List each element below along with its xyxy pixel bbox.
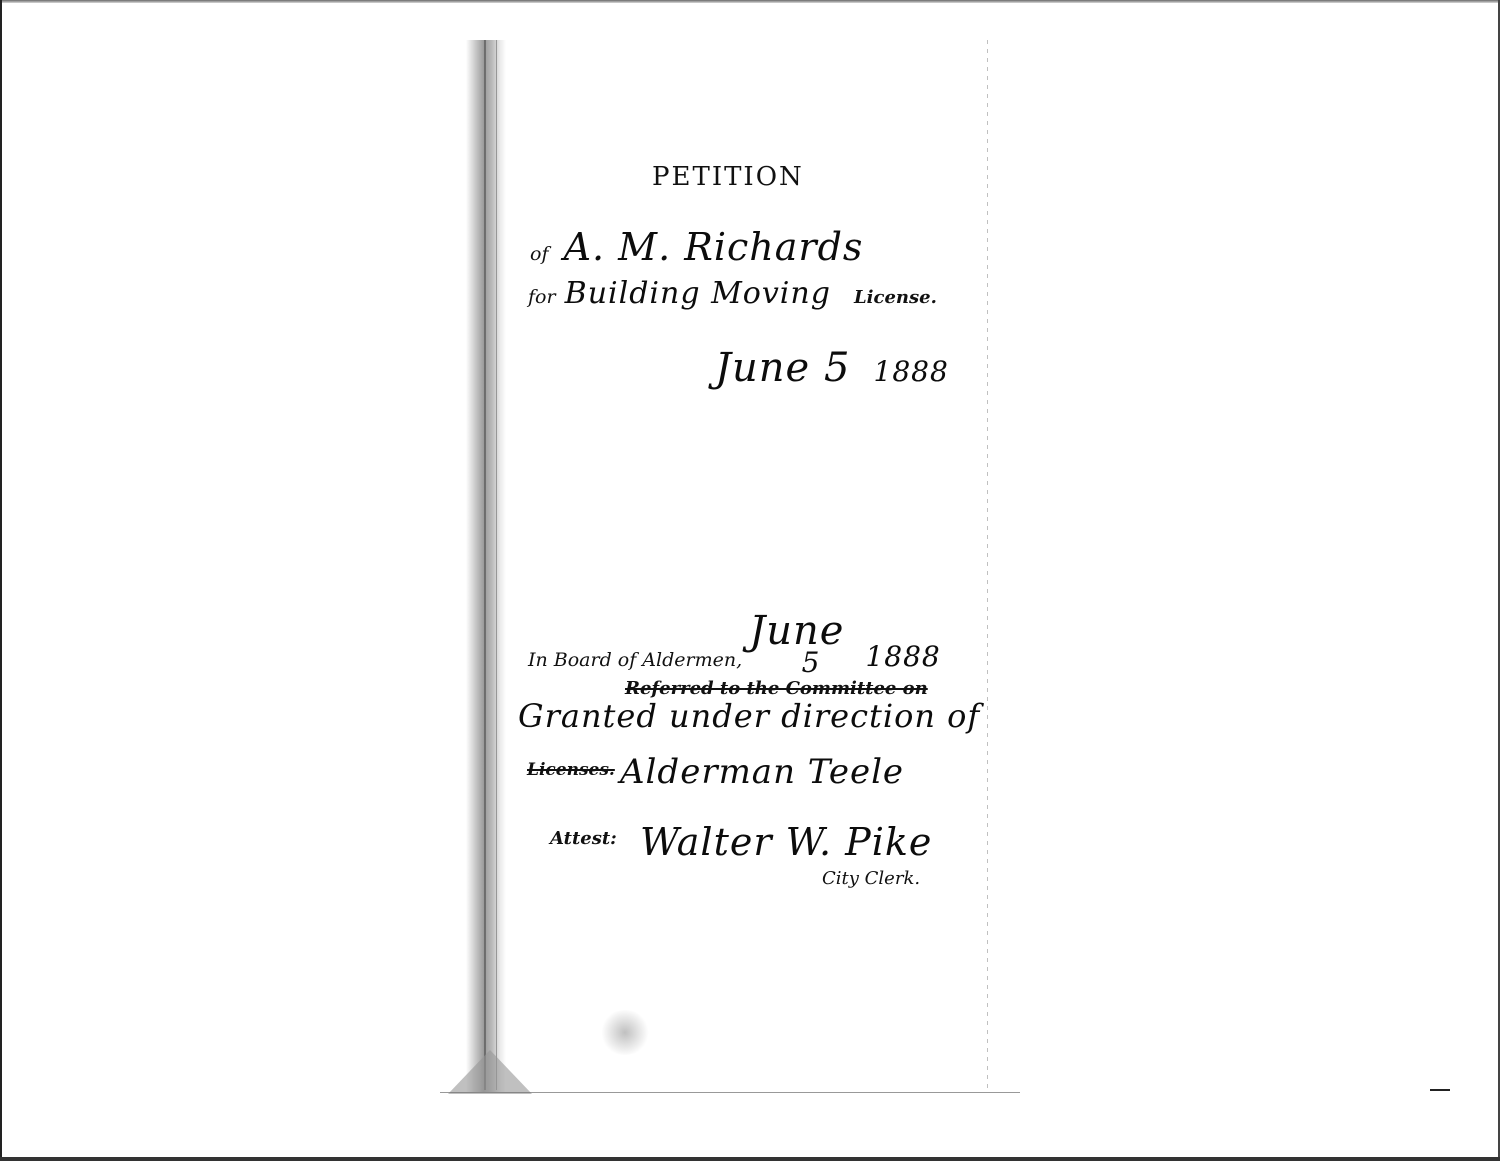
scan-border-top — [0, 0, 1500, 3]
attest-label: Attest: — [550, 828, 617, 849]
binding-spine-line — [484, 40, 486, 1090]
document-title: PETITION — [652, 162, 804, 192]
struck-referred-text: Referred to the Committee on — [625, 678, 928, 699]
right-fold-line — [987, 40, 988, 1092]
scan-border-bottom — [0, 1157, 1500, 1161]
purpose-line: for Building Moving License. — [528, 276, 937, 311]
stray-scan-mark — [1430, 1089, 1450, 1091]
scan-border-left — [0, 0, 2, 1161]
granted-text: Granted under direction of — [518, 697, 980, 735]
purpose-label: for — [528, 286, 556, 308]
board-year: 1888 — [865, 640, 940, 673]
petitioner-label: of — [530, 243, 548, 265]
struck-licenses-text: Licenses. — [527, 760, 615, 780]
page-bottom-edge — [440, 1092, 1020, 1093]
alderman-name: Alderman Teele — [620, 752, 904, 792]
license-suffix: License. — [854, 287, 937, 308]
board-month: June — [749, 608, 844, 654]
petition-document: PETITION of A. M. Richards for Building … — [500, 40, 987, 1092]
board-line: In Board of Aldermen, June 5 1888 — [528, 630, 941, 676]
petitioner-name: A. M. Richards — [564, 225, 864, 269]
clerk-signature: Walter W. Pike — [640, 820, 932, 864]
board-label: In Board of Aldermen, — [528, 649, 742, 671]
filed-month-day: June 5 — [715, 345, 850, 391]
board-day: 5 — [802, 646, 821, 679]
binding-spine-line-secondary — [496, 40, 497, 1090]
filed-date: June 5 1888 — [715, 345, 949, 391]
license-type: Building Moving — [565, 276, 831, 311]
filed-year: 1888 — [874, 355, 949, 388]
clerk-title: City Clerk. — [822, 868, 920, 889]
petitioner-line: of A. M. Richards — [530, 225, 863, 269]
